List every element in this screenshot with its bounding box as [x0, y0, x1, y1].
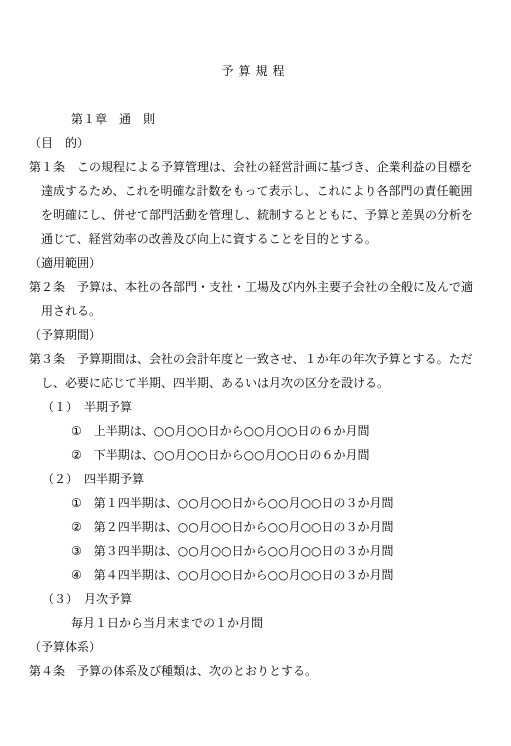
article-3-line-2: し、必要に応じて半期、四半期、あるいは月次の区分を設ける。	[0, 371, 511, 395]
article-1-line-4: 通じて、経営効率の改善及び向上に資することを目的とする。	[0, 227, 511, 251]
monthly-budget-detail: 毎月１日から当月末までの１か月間	[0, 611, 511, 635]
quarter-item-2: ② 第２四半期は、○○月○○日から○○月○○日の３か月間	[0, 515, 511, 539]
article-1-line-1: 第１条 この規程による予算管理は、会社の経営計画に基づき、企業利益の目標を	[0, 155, 511, 179]
article-1-line-3: を明確にし、併せて部門活動を管理し、統制するとともに、予算と差異の分析を	[0, 203, 511, 227]
half-year-item-1: ① 上半期は、○○月○○日から○○月○○日の６か月間	[0, 419, 511, 443]
article-2-line-2: 用される。	[0, 299, 511, 323]
section-label-budget-period: （予算期間）	[0, 323, 511, 347]
article-1-line-2: 達成するため、これを明確な計数をもって表示し、これにより各部門の責任範囲	[0, 179, 511, 203]
item-1-half-year-budget: （１） 半期予算	[0, 395, 511, 419]
section-label-scope: （適用範囲）	[0, 251, 511, 275]
chapter-heading: 第１章 通 則	[0, 107, 511, 131]
document-title: 予算規程	[0, 59, 511, 83]
quarter-item-3: ③ 第３四半期は、○○月○○日から○○月○○日の３か月間	[0, 539, 511, 563]
document-page: 予算規程 第１章 通 則 （目 的） 第１条 この規程による予算管理は、会社の経…	[0, 59, 511, 683]
section-label-purpose: （目 的）	[0, 131, 511, 155]
item-2-quarter-budget: （２） 四半期予算	[0, 467, 511, 491]
half-year-item-2: ② 下半期は、○○月○○日から○○月○○日の６か月間	[0, 443, 511, 467]
blank-line	[0, 83, 511, 107]
quarter-item-4: ④ 第４四半期は、○○月○○日から○○月○○日の３か月間	[0, 563, 511, 587]
article-2-line-1: 第２条 予算は、本社の各部門・支社・工場及び内外主要子会社の全般に及んで適	[0, 275, 511, 299]
article-3-line-1: 第３条 予算期間は、会社の会計年度と一致させ、１か年の年次予算とする。ただ	[0, 347, 511, 371]
quarter-item-1: ① 第１四半期は、○○月○○日から○○月○○日の３か月間	[0, 491, 511, 515]
section-label-budget-system: （予算体系）	[0, 635, 511, 659]
article-4-line-1: 第４条 予算の体系及び種類は、次のとおりとする。	[0, 659, 511, 683]
item-3-monthly-budget: （３） 月次予算	[0, 587, 511, 611]
